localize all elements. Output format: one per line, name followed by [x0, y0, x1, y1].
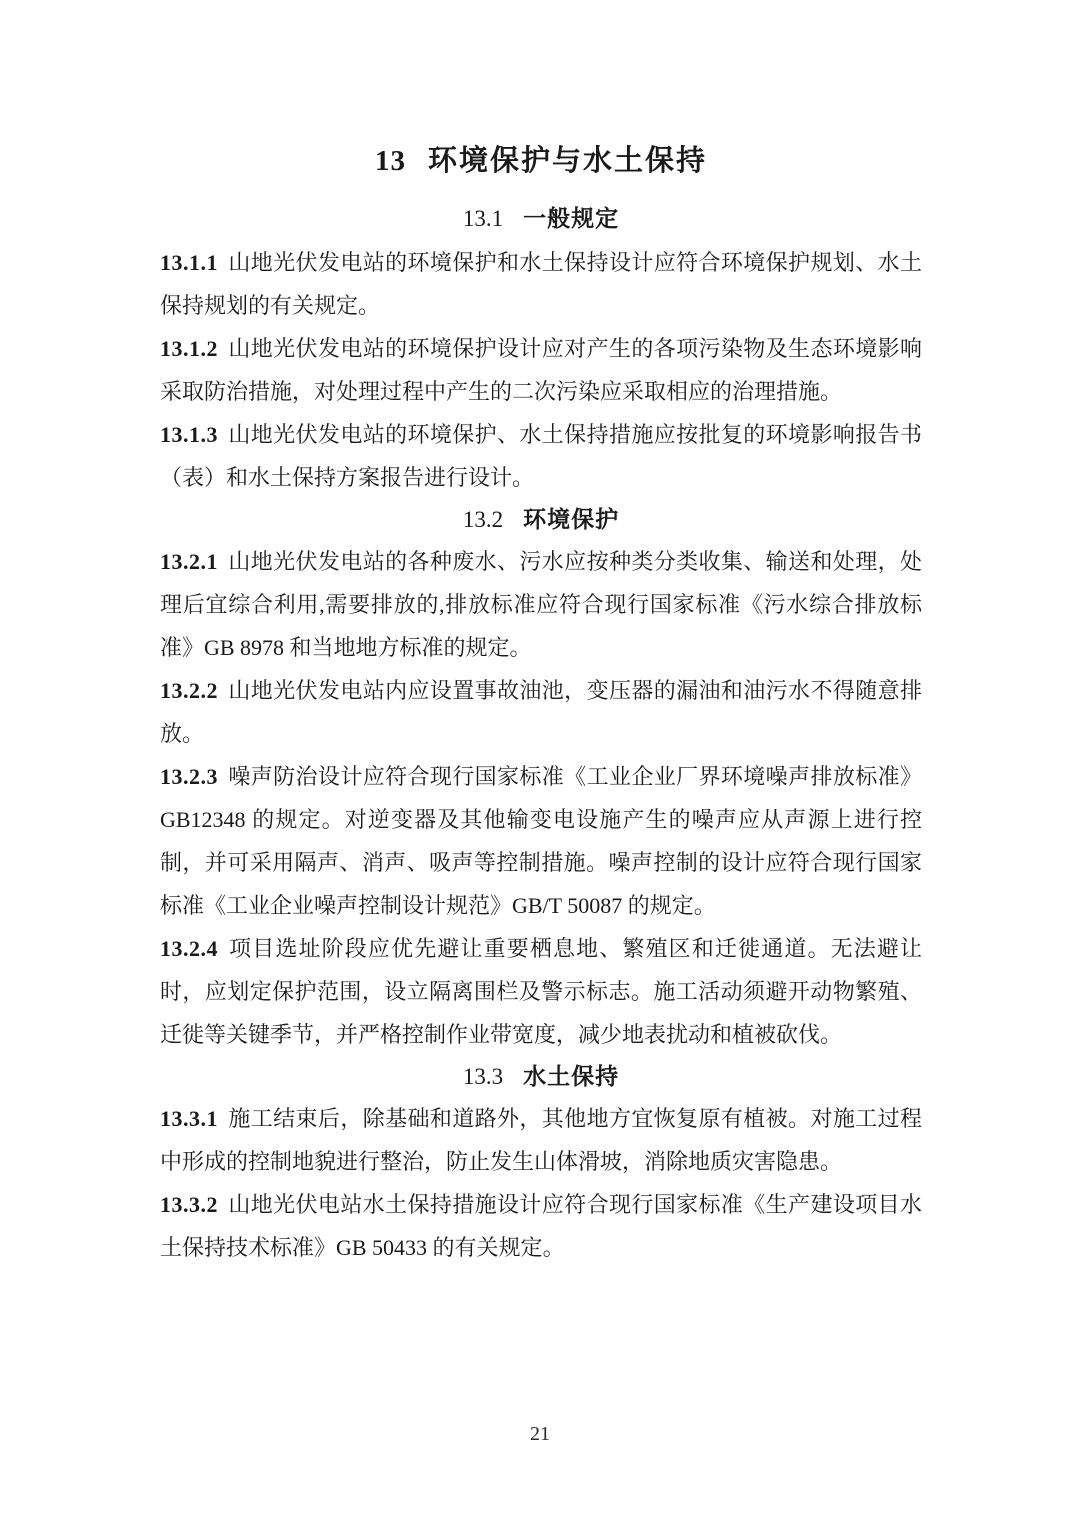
clause-13-2-3: 13.2.3噪声防治设计应符合现行国家标准《工业企业厂界环境噪声排放标准》GB1…: [160, 755, 922, 927]
chapter-number: 13: [375, 145, 406, 177]
page-content: 13环境保护与水土保持 13.1一般规定 13.1.1山地光伏发电站的环境保护和…: [0, 0, 1080, 1269]
chapter-title-text: 环境保护与水土保持: [428, 145, 707, 177]
clause-13-1-1: 13.1.1山地光伏发电站的环境保护和水土保持设计应符合环境保护规划、水土保持规…: [160, 241, 922, 327]
clause-13-2-1: 13.2.1山地光伏发电站的各种废水、污水应按种类分类收集、输送和处理，处理后宜…: [160, 540, 922, 669]
clause-13-2-2-number: 13.2.2: [160, 678, 218, 703]
clause-13-3-2: 13.3.2山地光伏电站水土保持措施设计应符合现行国家标准《生产建设项目水土保持…: [160, 1183, 922, 1269]
clause-13-3-2-text: 山地光伏电站水土保持措施设计应符合现行国家标准《生产建设项目水土保持技术标准》G…: [160, 1192, 922, 1260]
clause-13-2-3-number: 13.2.3: [160, 764, 218, 789]
clause-13-2-4: 13.2.4项目选址阶段应优先避让重要栖息地、繁殖区和迁徙通道。无法避让时，应划…: [160, 927, 922, 1056]
clause-13-2-4-text: 项目选址阶段应优先避让重要栖息地、繁殖区和迁徙通道。无法避让时，应划定保护范围，…: [160, 936, 922, 1047]
clause-13-2-3-text: 噪声防治设计应符合现行国家标准《工业企业厂界环境噪声排放标准》GB12348 的…: [160, 764, 922, 918]
section-heading-13-3: 13.3水土保持: [160, 1062, 922, 1091]
clause-13-1-3: 13.1.3山地光伏发电站的环境保护、水土保持措施应按批复的环境影响报告书（表）…: [160, 413, 922, 499]
section-13-3-number: 13.3: [463, 1064, 503, 1089]
clause-13-2-1-text: 山地光伏发电站的各种废水、污水应按种类分类收集、输送和处理，处理后宜综合利用,需…: [160, 549, 922, 660]
section-13-1-number: 13.1: [463, 206, 503, 231]
document-page: 13环境保护与水土保持 13.1一般规定 13.1.1山地光伏发电站的环境保护和…: [0, 0, 1080, 1528]
clause-13-3-1: 13.3.1施工结束后，除基础和道路外，其他地方宜恢复原有植被。对施工过程中形成…: [160, 1097, 922, 1183]
clause-13-2-2: 13.2.2山地光伏发电站内应设置事故油池，变压器的漏油和油污水不得随意排放。: [160, 669, 922, 755]
clause-13-3-2-number: 13.3.2: [160, 1192, 218, 1217]
clause-13-2-1-number: 13.2.1: [160, 549, 218, 574]
chapter-heading: 13环境保护与水土保持: [160, 140, 922, 182]
section-13-2-number: 13.2: [463, 507, 503, 532]
page-number: 21: [0, 1422, 1080, 1446]
clause-13-1-2-number: 13.1.2: [160, 336, 218, 361]
clause-13-2-4-number: 13.2.4: [160, 936, 218, 961]
clause-13-3-1-text: 施工结束后，除基础和道路外，其他地方宜恢复原有植被。对施工过程中形成的控制地貌进…: [160, 1106, 922, 1174]
clause-13-1-2-text: 山地光伏发电站的环境保护设计应对产生的各项污染物及生态环境影响采取防治措施，对处…: [160, 336, 922, 404]
clause-13-1-3-text: 山地光伏发电站的环境保护、水土保持措施应按批复的环境影响报告书（表）和水土保持方…: [160, 422, 922, 490]
section-13-1-title: 一般规定: [523, 205, 619, 231]
clause-13-1-3-number: 13.1.3: [160, 422, 218, 447]
clause-13-1-1-number: 13.1.1: [160, 250, 218, 275]
clause-13-3-1-number: 13.3.1: [160, 1106, 218, 1131]
clause-13-2-2-text: 山地光伏发电站内应设置事故油池，变压器的漏油和油污水不得随意排放。: [160, 678, 922, 746]
section-heading-13-2: 13.2环境保护: [160, 505, 922, 534]
section-13-2-title: 环境保护: [523, 506, 619, 532]
clause-13-1-1-text: 山地光伏发电站的环境保护和水土保持设计应符合环境保护规划、水土保持规划的有关规定…: [160, 250, 922, 318]
clause-13-1-2: 13.1.2山地光伏发电站的环境保护设计应对产生的各项污染物及生态环境影响采取防…: [160, 327, 922, 413]
section-13-3-title: 水土保持: [523, 1063, 619, 1089]
section-heading-13-1: 13.1一般规定: [160, 204, 922, 233]
